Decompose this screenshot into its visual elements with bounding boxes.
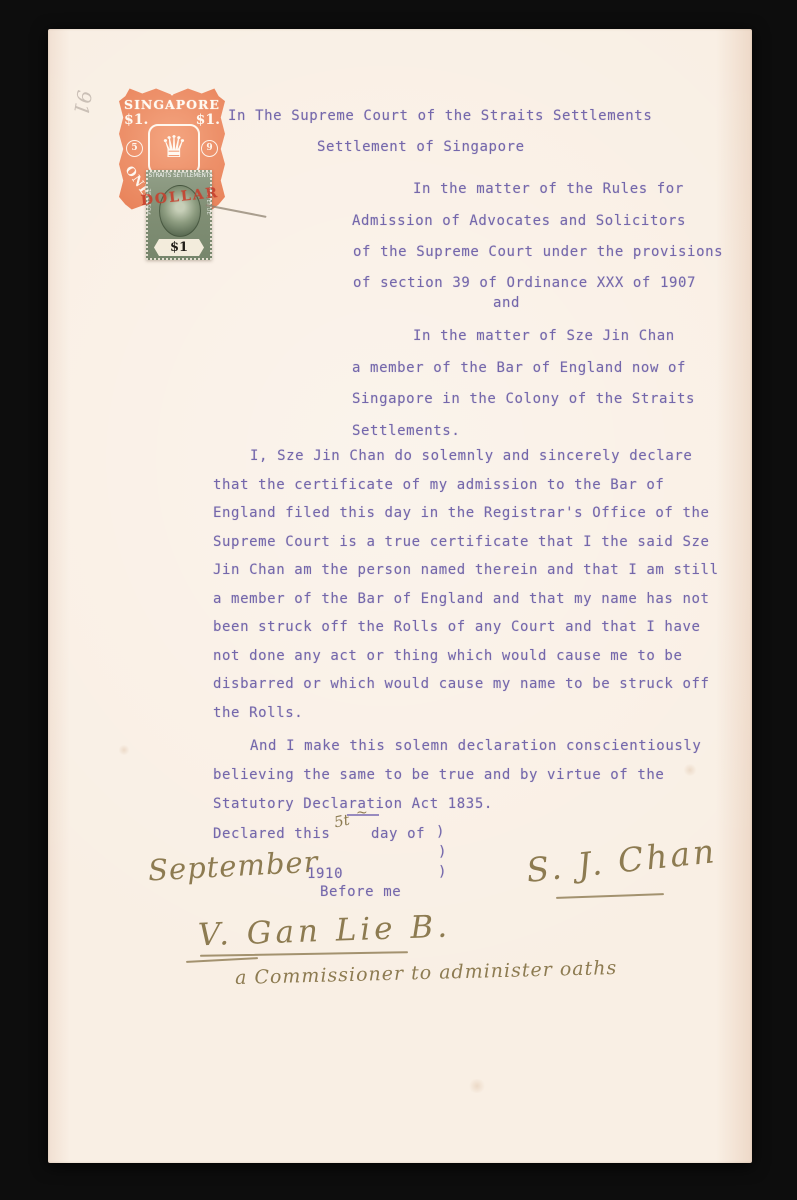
- straits-settlements-stamp: STRAITS SETTLEMENTS POSTAGE REVENUE $1: [146, 170, 212, 260]
- insertion-caret-mark: ~: [356, 805, 368, 821]
- solemn-line: believing the same to be true and by vir…: [213, 767, 664, 783]
- stamp-value-right: $1.: [196, 112, 220, 128]
- declarant-signature: S. J. Chan: [524, 831, 719, 890]
- matter-rules-line: of the Supreme Court under the provision…: [353, 244, 723, 260]
- signature-underline: [556, 893, 664, 899]
- stamp-crown-panel: ♛: [148, 124, 200, 175]
- declaration-line: the Rolls.: [213, 705, 303, 721]
- handwritten-day-number: 5t: [332, 811, 351, 832]
- declaration-line: Supreme Court is a true certificate that…: [213, 534, 710, 550]
- matter-conjunction: and: [493, 295, 520, 311]
- matter-rules-line: In the matter of the Rules for: [413, 181, 684, 197]
- declaration-line: been struck off the Rolls of any Court a…: [213, 619, 701, 635]
- settlement-subtitle: Settlement of Singapore: [317, 139, 525, 155]
- solemn-line: Statutory Declaration Act 1835.: [213, 796, 493, 812]
- stamp-circle-right: 9: [201, 140, 218, 157]
- bracket: ): [436, 824, 445, 840]
- scanned-document-photo: ✚ SINGAPORE $1. $1. ♛ 5 9 ONE STRAITS SE…: [0, 0, 797, 1200]
- solemn-line: And I make this solemn declaration consc…: [250, 738, 701, 754]
- stamp-value-left: $1.: [124, 112, 148, 128]
- stamp-circle-left: 5: [126, 140, 143, 157]
- before-me-label: Before me: [320, 884, 401, 900]
- crown-icon: ♛: [161, 130, 188, 165]
- signature-flourish-stroke: [186, 957, 258, 962]
- declaration-line: Jin Chan am the person named therein and…: [213, 562, 719, 578]
- foxing-spot: [683, 764, 697, 776]
- declaration-line: a member of the Bar of England and that …: [213, 591, 710, 607]
- pen-cancellation-stroke: [205, 204, 266, 217]
- matter-rules-line: of section 39 of Ordinance XXX of 1907: [353, 275, 696, 291]
- matter-person-line: In the matter of Sze Jin Chan: [413, 328, 675, 344]
- commissioner-signature: V. Gan Lie B.: [197, 909, 451, 954]
- matter-rules-line: Admission of Advocates and Solicitors: [352, 213, 686, 229]
- matter-person-line: Singapore in the Colony of the Straits: [352, 391, 695, 407]
- pencil-annotation: 91: [69, 88, 97, 117]
- green-stamp-header: STRAITS SETTLEMENTS: [149, 172, 210, 179]
- stamp-country-label: SINGAPORE: [119, 97, 225, 112]
- court-title: In The Supreme Court of the Straits Sett…: [228, 108, 652, 124]
- bracket: ): [438, 864, 447, 880]
- declared-this-label: Declared this: [213, 826, 330, 842]
- document-page: ✚ SINGAPORE $1. $1. ♛ 5 9 ONE STRAITS SE…: [48, 29, 752, 1163]
- declaration-line: disbarred or which would cause my name t…: [213, 676, 710, 692]
- green-stamp-value: $1: [154, 239, 204, 256]
- matter-person-line: a member of the Bar of England now of: [352, 360, 686, 376]
- declaration-line: I, Sze Jin Chan do solemnly and sincerel…: [250, 448, 692, 464]
- declaration-line: that the certificate of my admission to …: [213, 477, 664, 493]
- typed-year: 1910: [307, 866, 343, 882]
- bracket: ): [438, 844, 447, 860]
- commissioner-title: a Commissioner to administer oaths: [235, 957, 618, 989]
- declaration-line: England filed this day in the Registrar'…: [213, 505, 710, 521]
- matter-person-line: Settlements.: [352, 423, 460, 439]
- declaration-line: not done any act or thing which would ca…: [213, 648, 683, 664]
- foxing-spot: [118, 745, 130, 755]
- handwritten-month: September: [147, 845, 319, 888]
- foxing-spot: [468, 1079, 486, 1093]
- day-of-label: day of: [371, 826, 425, 842]
